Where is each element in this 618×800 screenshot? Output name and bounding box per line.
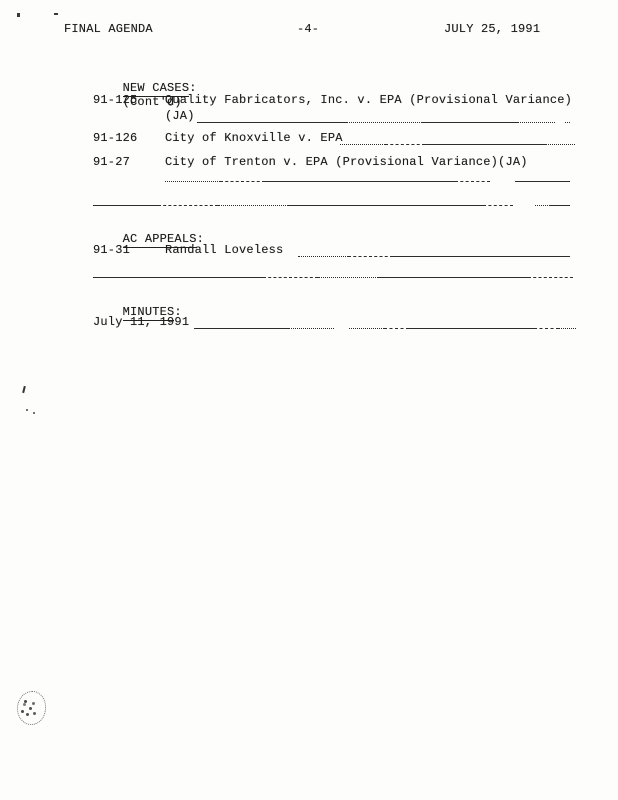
line-segment: [289, 328, 334, 329]
case-title: City of Trenton v. EPA (Provisional Vari…: [165, 155, 528, 169]
line-segment: [455, 181, 490, 182]
case-number: 91-126: [93, 131, 137, 145]
case-number: 91-125: [93, 93, 137, 107]
line-segment: [384, 328, 409, 329]
line-segment: [197, 122, 347, 123]
line-segment: [347, 122, 422, 123]
line-segment: [93, 277, 263, 278]
case-title: Quality Fabricators, Inc. v. EPA (Provis…: [165, 93, 572, 107]
separator-line: [93, 276, 573, 278]
case-number: 91-31: [93, 243, 130, 257]
separator-line: [93, 204, 570, 206]
line-segment: [565, 122, 570, 123]
page-number: -4-: [297, 22, 319, 36]
document-date: JULY 25, 1991: [444, 22, 540, 36]
scan-artifact: [22, 386, 26, 393]
line-segment: [528, 277, 573, 278]
line-segment: [559, 328, 576, 329]
scan-artifact: [17, 13, 20, 17]
case-title: Randall Loveless: [165, 243, 283, 257]
fill-in-line: [340, 143, 575, 145]
line-segment: [220, 181, 265, 182]
line-segment: [93, 205, 158, 206]
line-segment: [422, 122, 517, 123]
line-segment: [385, 144, 425, 145]
line-segment: [218, 205, 288, 206]
line-segment: [263, 277, 318, 278]
line-segment: [318, 277, 378, 278]
line-segment: [165, 181, 220, 182]
case-number: 91-27: [93, 155, 130, 169]
line-segment: [265, 181, 455, 182]
scan-artifact: [54, 13, 58, 15]
line-segment: [348, 256, 393, 257]
line-segment: [535, 205, 550, 206]
line-segment: [349, 328, 384, 329]
document-title: FINAL AGENDA: [64, 22, 153, 36]
line-segment: [515, 181, 570, 182]
line-segment: [158, 205, 218, 206]
line-segment: [298, 256, 348, 257]
scan-artifact: [33, 412, 35, 414]
line-segment: [483, 205, 513, 206]
line-segment: [194, 328, 289, 329]
line-segment: [340, 144, 385, 145]
minutes-date: July 11, 1991: [93, 315, 189, 329]
scanned-agenda-page: FINAL AGENDA -4- JULY 25, 1991 NEW CASES…: [0, 0, 618, 800]
scan-artifact: [26, 409, 28, 411]
case-title: City of Knoxville v. EPA: [165, 131, 343, 145]
fill-in-line: [298, 255, 570, 257]
line-segment: [517, 122, 555, 123]
line-segment: [534, 328, 559, 329]
line-segment: [545, 144, 575, 145]
case-title-continued: (JA): [165, 109, 195, 123]
line-segment: [378, 277, 528, 278]
line-segment: [393, 256, 570, 257]
stamp-smudge: [17, 691, 46, 725]
line-segment: [425, 144, 545, 145]
line-segment: [550, 205, 570, 206]
line-segment: [288, 205, 483, 206]
line-segment: [409, 328, 534, 329]
fill-in-line: [165, 180, 570, 182]
fill-in-line: [194, 327, 576, 329]
fill-in-line: [197, 121, 570, 123]
